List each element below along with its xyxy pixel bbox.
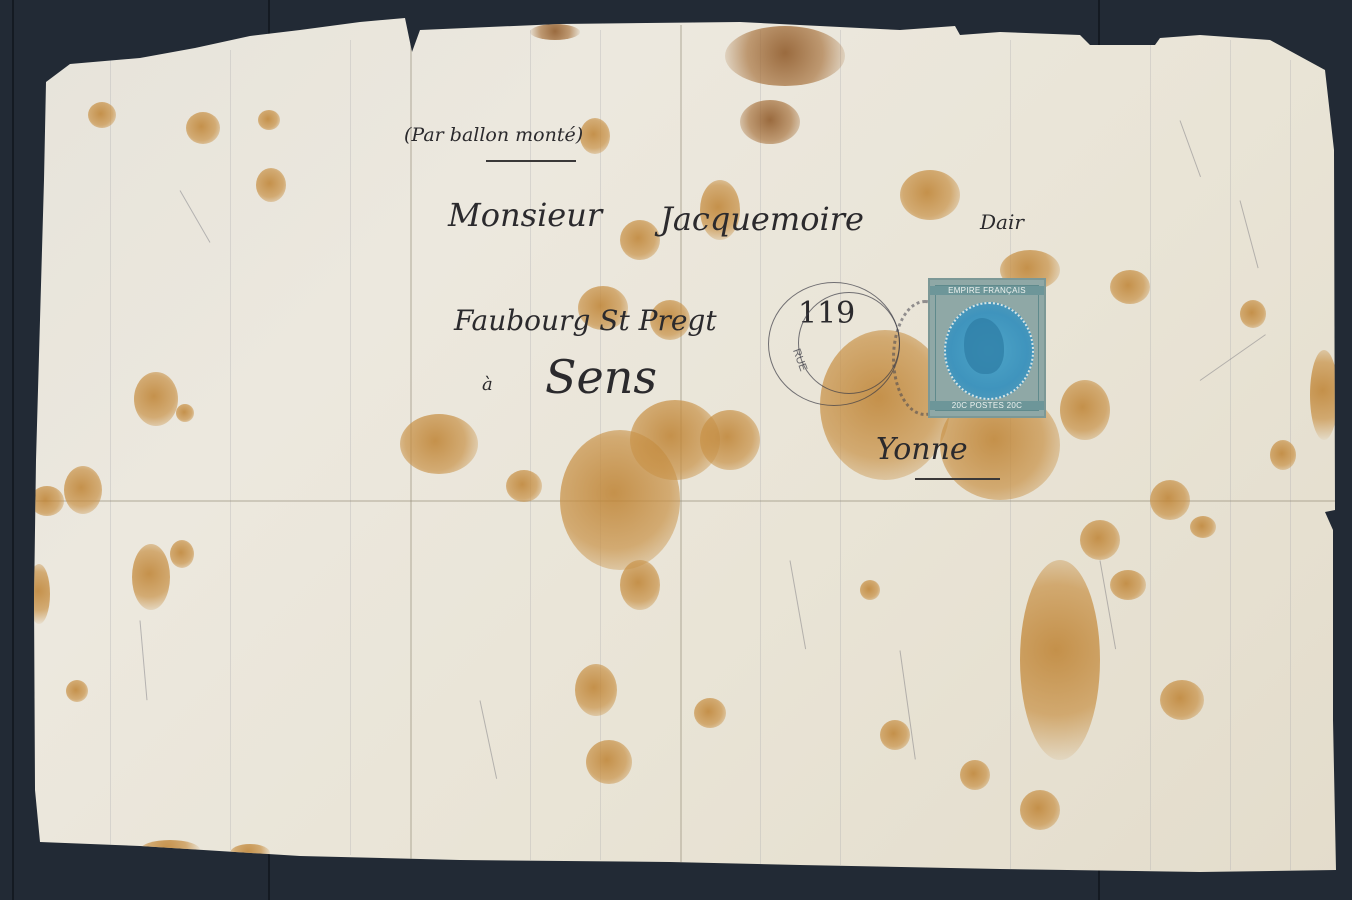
postage-stamp: EMPIRE FRANÇAIS 20C POSTES 20C: [928, 278, 1046, 418]
letter-paper: (Par ballon monté) Monsieur Jacquemoire …: [0, 0, 1352, 900]
backdrop-seam: [12, 0, 14, 900]
address-street: Faubourg St Pregt: [454, 304, 717, 337]
fold-line: [36, 500, 1336, 502]
address-city: Sens: [545, 350, 657, 404]
address-preposition: à: [482, 374, 493, 395]
postmark-inner-ring: [798, 292, 900, 394]
department-underline: [915, 478, 1000, 480]
routing-note: (Par ballon monté): [404, 124, 583, 146]
routing-underline: [486, 160, 576, 162]
address-salutation: Monsieur: [448, 196, 602, 234]
address-name: Jacquemoire: [660, 200, 864, 238]
stamp-top-text: EMPIRE FRANÇAIS: [930, 286, 1044, 295]
stamp-bottom-text: 20C POSTES 20C: [930, 401, 1044, 410]
address-department: Yonne: [876, 432, 968, 467]
address-suffix: Dair: [980, 210, 1024, 234]
